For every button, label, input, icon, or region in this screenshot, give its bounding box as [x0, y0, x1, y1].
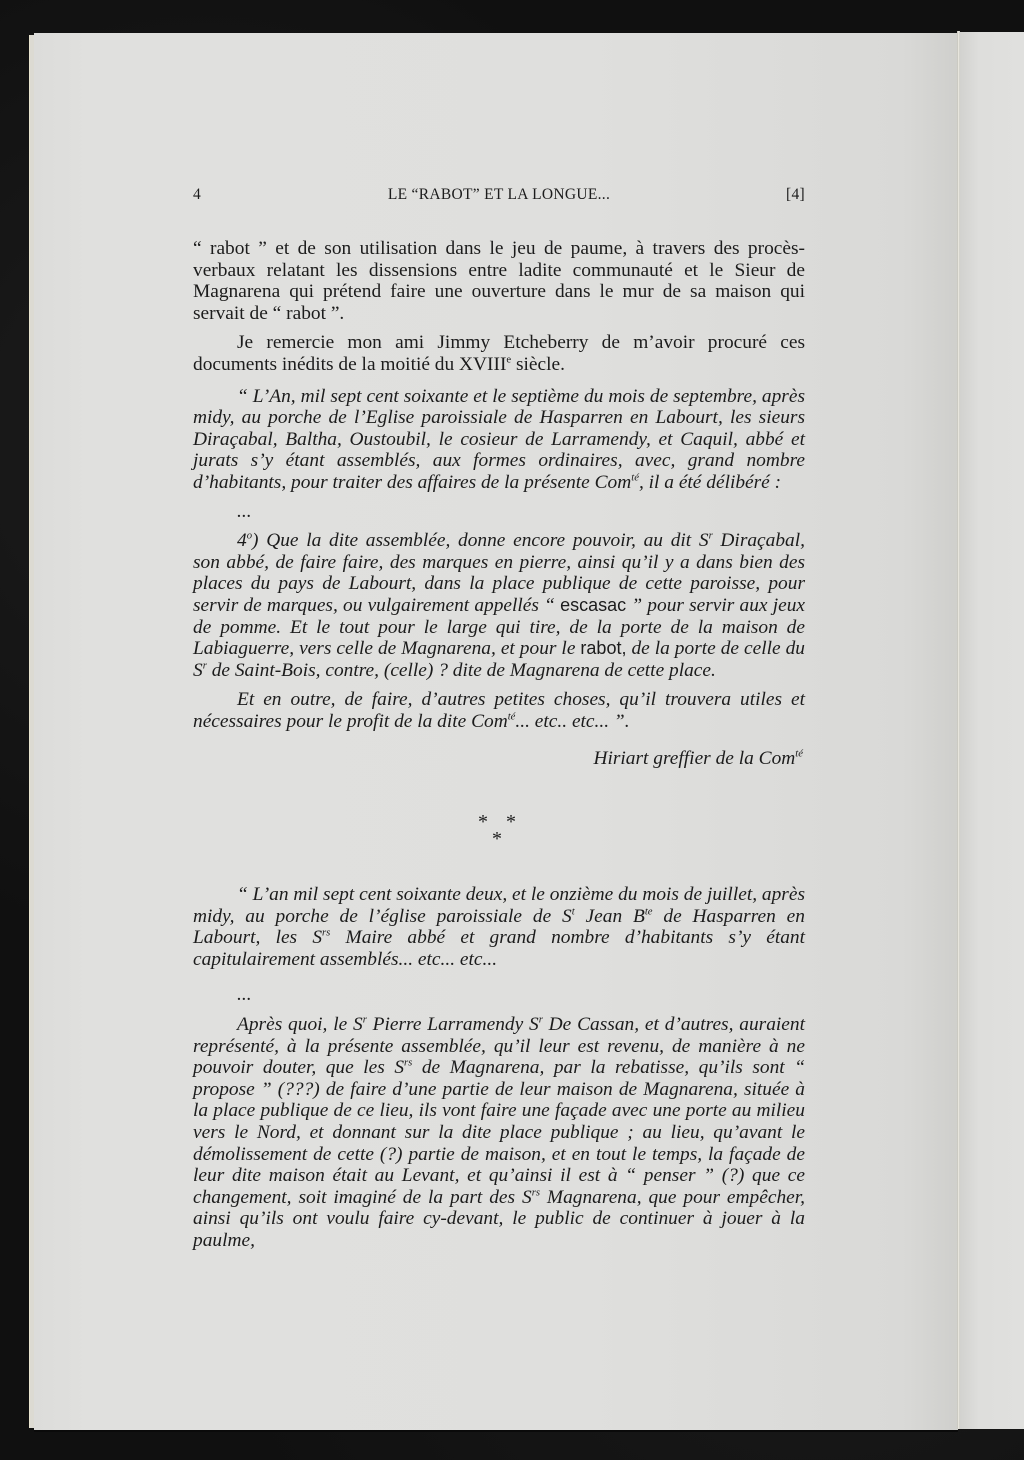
quote2-paragraph-1: “ L’an mil sept cent soixante deux, et l…	[193, 884, 805, 970]
asterisk-icon: *	[506, 812, 516, 834]
quote2-text: Jean B	[575, 906, 645, 927]
superscript: rs	[532, 1186, 540, 1198]
quote1-paragraph-1-end: , il a été délibéré :	[639, 472, 781, 493]
quote2-text: de Magnarena, par la rebatisse, qu’ils s…	[193, 1057, 805, 1208]
asterisk-icon: *	[478, 812, 488, 834]
superscript: te	[645, 905, 653, 917]
quote2-text: Après quoi, le S	[237, 1014, 363, 1035]
intro-paragraph-2-text: Je remercie mon ami Jimmy Etcheberry de …	[193, 332, 805, 375]
body-text: “ rabot ” et de son utilisation dans le …	[193, 238, 805, 1252]
superscript: té	[795, 748, 803, 760]
ellipsis: ...	[193, 984, 805, 1006]
superscript: té	[631, 471, 639, 483]
intro-paragraph-1: “ rabot ” et de son utilisation dans le …	[193, 238, 805, 324]
intro-paragraph-1-text: “ rabot ” et de son utilisation dans le …	[193, 238, 805, 324]
term-escasac: escasac	[560, 595, 626, 615]
ellipsis: ...	[193, 501, 805, 523]
intro-paragraph-2: Je remercie mon ami Jimmy Etcheberry de …	[193, 332, 805, 375]
signature-line: Hiriart greffier de la Comté	[193, 748, 805, 770]
quote1-text: ... etc.. etc... ”.	[515, 711, 629, 732]
quote1-text: de Saint-Bois, contre, (celle) ? dite de…	[207, 660, 716, 681]
running-title: LE “RABOT” ET LA LONGUE...	[193, 186, 805, 204]
intro-paragraph-2-end: siècle.	[511, 354, 565, 375]
quote1-text: ) Que la dite assemblée, donne encore po…	[252, 530, 709, 551]
quote1-text: Et en outre, de faire, d’autres petites …	[193, 689, 805, 732]
section-separator-asterism: * * *	[193, 812, 805, 858]
quote2-text: Pierre Larramendy S	[367, 1014, 539, 1035]
quote1-paragraph-3: Et en outre, de faire, d’autres petites …	[193, 689, 805, 732]
item-number: 4	[237, 530, 247, 551]
asterisk-icon: *	[492, 829, 502, 851]
running-header: 4 LE “RABOT” ET LA LONGUE... [4]	[193, 186, 805, 208]
term-rabot: rabot,	[580, 638, 626, 658]
facing-page-edge	[960, 32, 1024, 1429]
bracket-page-number: [4]	[786, 186, 805, 204]
quote1-paragraph-2: 4o) Que la dite assemblée, donne encore …	[193, 530, 805, 681]
quote1-paragraph-1: “ L’An, mil sept cent soixante et le sep…	[193, 386, 805, 494]
quote2-paragraph-2: Après quoi, le Sr Pierre Larramendy Sr D…	[193, 1014, 805, 1252]
signature-text: Hiriart greffier de la Com	[593, 748, 795, 769]
